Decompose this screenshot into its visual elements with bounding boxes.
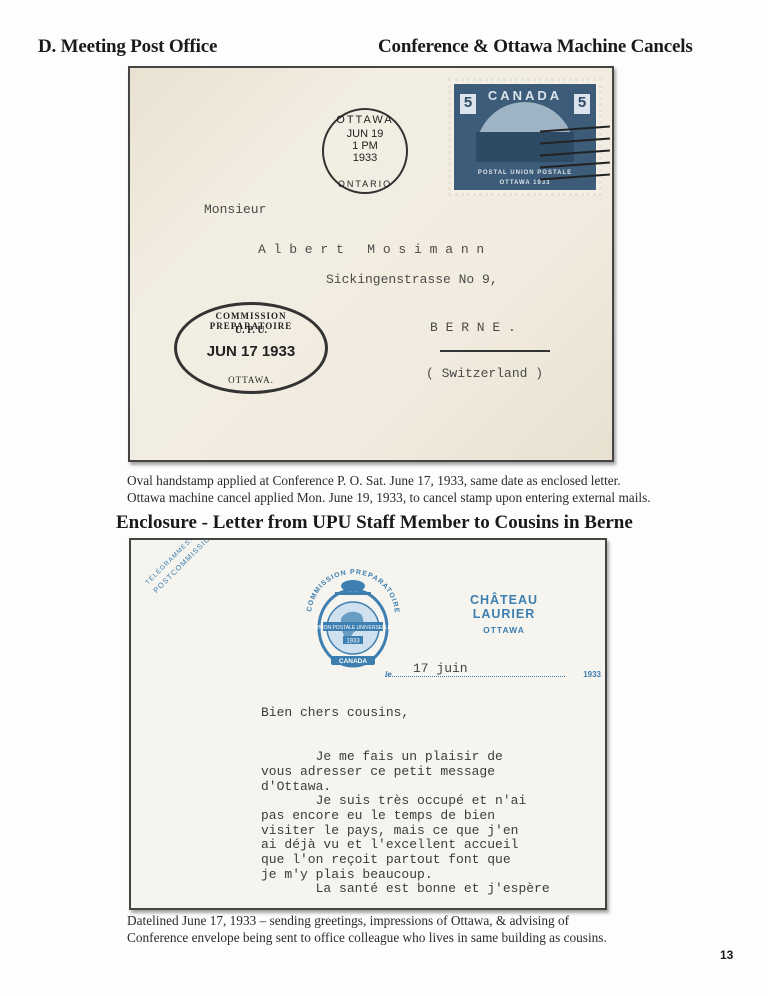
parliament-skyline-icon <box>476 132 574 162</box>
letter-caption-line-2: Conference envelope being sent to office… <box>127 929 607 946</box>
stamp-subtitle: OTTAWA 1933 <box>454 180 596 186</box>
enclosure-heading: Enclosure - Letter from UPU Staff Member… <box>116 512 633 534</box>
section-title: D. Meeting Post Office <box>38 36 217 58</box>
date-year: 1933 <box>583 670 601 679</box>
svg-text:1933: 1933 <box>346 639 360 645</box>
hotel-city: OTTAWA <box>439 625 569 635</box>
address-underline <box>440 350 550 352</box>
topic-title: Conference & Ottawa Machine Cancels <box>378 36 693 58</box>
telegram-address: TÉLÉGRAMMES: POSTCOMMISSION <box>143 538 218 596</box>
salutation: Monsieur <box>204 202 266 217</box>
handstamp-org: U. P. U. <box>177 325 325 336</box>
letter-dateline: le 17 juin 1933 <box>385 662 565 677</box>
address-street: Sickingenstrasse No 9, <box>326 272 498 287</box>
postmark-province: ONTARIO <box>324 179 406 189</box>
addressee-name: A l b e r t M o s i m a n n <box>258 242 484 257</box>
letter-image: TÉLÉGRAMMES: POSTCOMMISSION COMMISSION P… <box>129 538 607 910</box>
upu-crest-icon: COMMISSION PREPARATOIRE UNION POSTALE UN… <box>293 556 413 676</box>
date-prefix: le <box>385 670 392 679</box>
ottawa-circular-postmark: OTTAWA JUN 19 1 PM 1933 ONTARIO <box>322 108 408 194</box>
postmark-city: OTTAWA <box>324 114 406 126</box>
letterhead-hotel: CHÂTEAU LAURIER OTTAWA <box>439 593 569 635</box>
address-country: ( Switzerland ) <box>426 366 543 381</box>
handstamp-city: OTTAWA. <box>177 375 325 385</box>
stamp-value-right: 5 <box>574 94 590 114</box>
postage-stamp: CANADA 5 5 POSTAL UNION POSTALE OTTAWA 1… <box>448 78 602 196</box>
postmark-time: 1 PM <box>324 140 406 152</box>
envelope-caption-line-2: Ottawa machine cancel applied Mon. June … <box>127 489 651 506</box>
postmark-year: 1933 <box>324 152 406 164</box>
hotel-name: CHÂTEAU LAURIER <box>439 593 569 621</box>
postmark-date: JUN 19 <box>324 128 406 140</box>
envelope-caption-line-1: Oval handstamp applied at Conference P. … <box>127 472 621 489</box>
letter-body: Bien chers cousins, Je me fais un plaisi… <box>261 706 550 897</box>
svg-text:UNION POSTALE UNIVERSELLE: UNION POSTALE UNIVERSELLE <box>315 625 392 631</box>
page-number: 13 <box>720 948 733 962</box>
envelope-image: OTTAWA JUN 19 1 PM 1933 ONTARIO CANADA 5… <box>128 66 614 462</box>
date-typed: 17 juin <box>413 661 468 676</box>
oval-handstamp: COMMISSION PREPARATOIRE U. P. U. JUN 17 … <box>174 302 328 394</box>
svg-text:CANADA: CANADA <box>339 658 367 665</box>
letter-caption-line-1: Datelined June 17, 1933 – sending greeti… <box>127 912 569 929</box>
stamp-value-left: 5 <box>460 94 476 114</box>
handstamp-date: JUN 17 1933 <box>177 343 325 360</box>
address-city: B E R N E . <box>430 320 516 335</box>
